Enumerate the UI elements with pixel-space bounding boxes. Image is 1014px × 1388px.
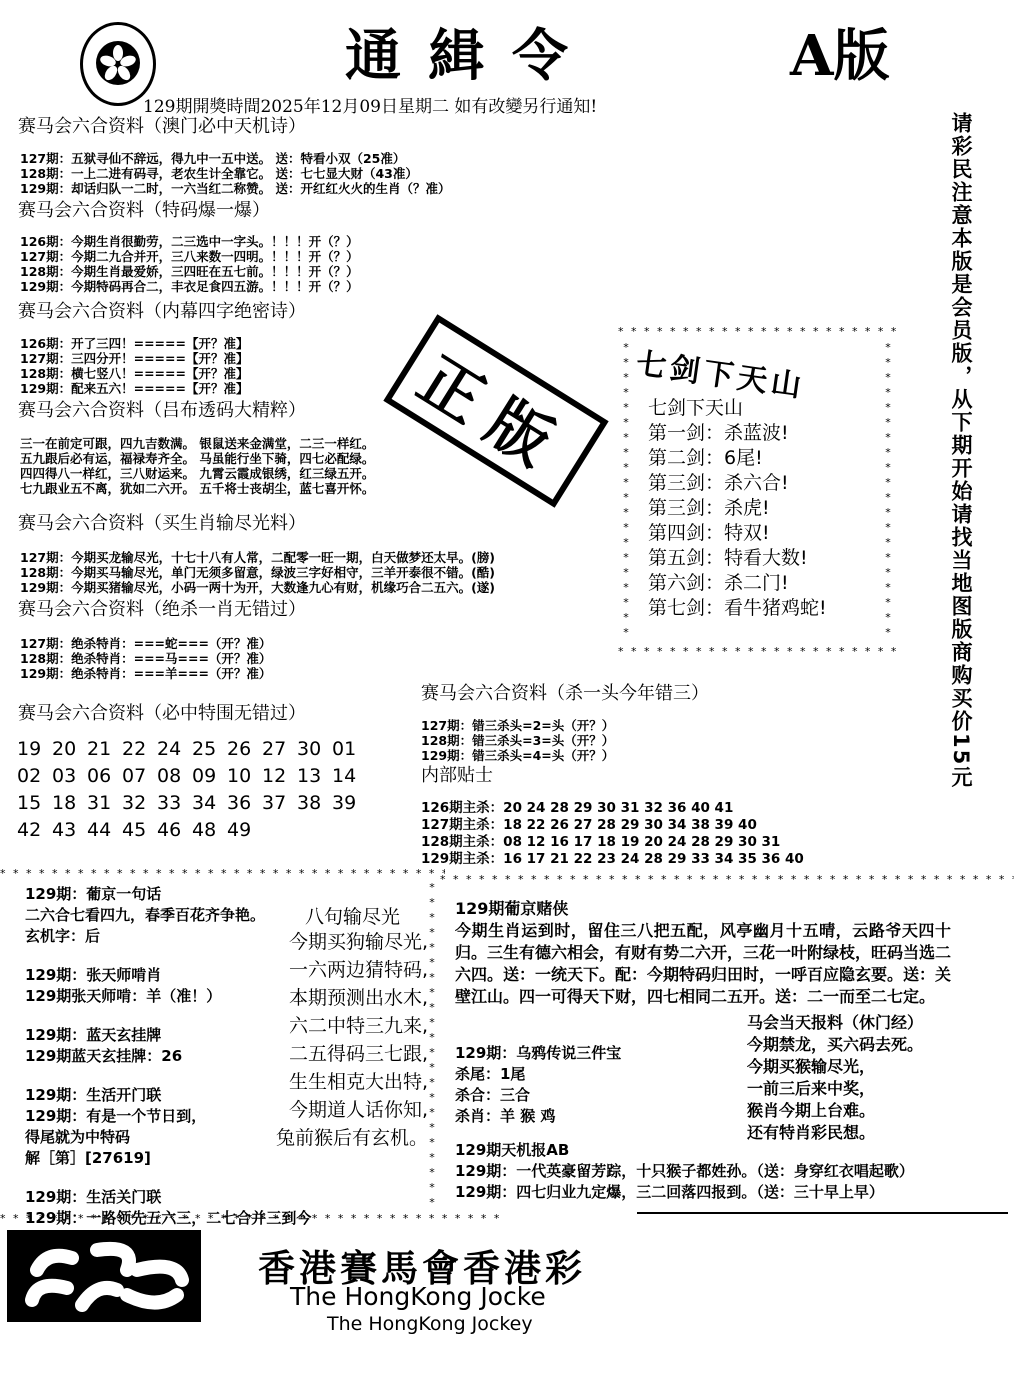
text-line: 128期：横七竖八！=====【开？准】 [20, 366, 248, 381]
block-title: 129期：蓝天玄挂牌 [25, 1025, 311, 1046]
number: 34 [192, 790, 227, 817]
number: 32 [122, 790, 157, 817]
text-line: 126期：今期生肖很勤劳，二三选中一字头。！！！开（？） [20, 234, 359, 249]
number: 18 [52, 790, 87, 817]
text-line: 128期主杀：08 12 16 17 18 19 20 24 28 29 30 … [421, 834, 804, 851]
section-s6-lines: 127期：绝杀特肖：===蛇===（开？准） 128期：绝杀特肖：===马===… [20, 636, 271, 681]
block-text: 今期生肖运到时，留住三八把五配，风亭幽月十五晴，云路爷天四十归。三生有德六相会，… [455, 920, 951, 1008]
text-line: 128期：今期买马输尽光，单门无须多留意，绿波三字好相守，三羊开泰很不错。(酷) [20, 565, 495, 580]
sword-item: 第五剑：特看大数! [648, 546, 827, 571]
number: 24 [157, 736, 192, 763]
text-line: 127期：今期买龙输尽光，十七十八有人常，二配零一旺一期，白天做梦还太早。(膀) [20, 550, 495, 565]
sky-block: 129期天机报AB 129期：一代英豪留芳踪，十只猴子都姓孙。（送：身穿红衣唱起… [455, 1140, 914, 1203]
block-title: 马会当天报料（休门经） [747, 1012, 923, 1034]
text-line: 一前三后来中奖， [747, 1078, 923, 1100]
number: 44 [87, 817, 122, 844]
section-s1-lines: 127期：五狱寻仙不辞远，得九中一五中送。 送：特看小双（25准） 128期：一… [20, 151, 450, 196]
star-divider-bottom: * * * * * * * * * * * * * * * * * * * * … [0, 1213, 500, 1225]
text-line: 129期蓝天玄挂牌：26 [25, 1046, 311, 1067]
text-line: 今期买猴输尽光， [747, 1056, 923, 1078]
section-s4-lines: 三一在前定可跟，四九吉数满。 银鼠送来金满堂，二三一样红。 五九跟后必有运，福禄… [20, 436, 374, 496]
number: 09 [192, 763, 227, 790]
number: 22 [122, 736, 157, 763]
eight-line-poem: 今期买狗输尽光, 一六两边猜特码, 本期预测出水木, 六二中特三九来, 二五得码… [276, 928, 428, 1152]
text-line: 129期：却话归队一二时，一六当红二称赞。 送：开红红火火的生肖（？准） [20, 181, 450, 196]
sword-item: 第三剑：杀六合! [648, 471, 827, 496]
text-line: 127期：错三杀头=2=头（开？） [421, 718, 614, 733]
block-title: 129期：乌鸦传说三件宝 [455, 1043, 621, 1064]
number-row: 15183132333436373839 [17, 790, 367, 817]
star-border-bottom: * * * * * * * * * * * * * * * * * * * * … [618, 646, 898, 658]
text-line: 129期：今期特码再合二，丰衣足食四五游。！！！开（？） [20, 279, 359, 294]
gamble-block: 129期葡京赌侠 今期生肖运到时，留住三八把五配，风亭幽月十五晴，云路爷天四十归… [455, 898, 951, 1008]
number: 46 [157, 817, 192, 844]
text-line: 猴肖今期上台难。 [747, 1100, 923, 1122]
poem-line: 一六两边猜特码, [276, 956, 428, 984]
stamp-text: 正版 [405, 331, 588, 491]
jockey-club-logo-icon [7, 1230, 201, 1322]
text-line: 127期：绝杀特肖：===蛇===（开？准） [20, 636, 271, 651]
section-s3-lines: 126期：开了三四！=====【开？准】 127期：三四分开！=====【开？准… [20, 336, 248, 396]
crow-block: 129期：乌鸦传说三件宝 杀尾：1尾 杀合：三合 杀肖：羊 猴 鸡 [455, 1043, 621, 1127]
number: 07 [122, 763, 157, 790]
text-line: 129期：绝杀特肖：===羊===（开？准） [20, 666, 271, 681]
poem-line: 二五得码三七跟, [276, 1040, 428, 1068]
edition-label: A版 [790, 12, 889, 92]
footer-english-name-1: The HongKong Jocke [290, 1282, 546, 1311]
poem-line: 今期道人话你知, [276, 1096, 428, 1124]
section-s5-lines: 127期：今期买龙输尽光，十七十八有人常，二配零一旺一期，白天做梦还太早。(膀)… [20, 550, 495, 595]
block-title: 129期：生活开门联 [25, 1085, 311, 1106]
text-line: 128期：错三杀头=3=头（开？） [421, 733, 614, 748]
draw-date-subtitle: 129期開獎時間2025年12月09日星期二 如有改變另行通知! [143, 92, 597, 117]
authentic-stamp: 正版 [383, 314, 608, 508]
block-title: 129期天机报AB [455, 1140, 914, 1161]
number: 21 [87, 736, 122, 763]
text-line: 今期禁龙，买六码去死。 [747, 1034, 923, 1056]
number: 36 [227, 790, 262, 817]
seven-swords-box: * * * * * * * * * * * * * * * * * * * * … [618, 326, 898, 660]
text-line: 二六合七看四九，春季百花齐争艳。 [25, 905, 311, 926]
star-divider-top: * * * * * * * * * * * * * * * * * * * * … [0, 868, 445, 880]
rest-door-block: 马会当天报料（休门经） 今期禁龙，买六码去死。 今期买猴输尽光， 一前三后来中奖… [747, 1012, 923, 1144]
section-title-s4: 赛马会六合资料（吕布透码大精粹） [18, 400, 306, 422]
bottom-left-block: 129期：葡京一句话 二六合七看四九，春季百花齐争艳。 玄机字：后 129期：张… [25, 884, 311, 1250]
section-title-s6: 赛马会六合资料（绝杀一肖无错过） [18, 599, 306, 621]
number: 38 [297, 790, 332, 817]
number: 45 [122, 817, 157, 844]
sword-item: 第七剑：看牛猪鸡蛇! [648, 596, 827, 621]
number: 25 [192, 736, 227, 763]
text-line: 126期：开了三四！=====【开？准】 [20, 336, 248, 351]
special-number-grid: 19202122242526273001 0203060708091012131… [17, 736, 367, 844]
text-line: 129期：四七归业九定爆，三二回落四报到。（送：三十早上早） [455, 1182, 914, 1203]
number: 31 [87, 790, 122, 817]
text-line: 129期：今期买猪输尽光，小码一两十为开，大数逢九心有财，机缘巧合二五六。(遂) [20, 580, 495, 595]
number: 01 [332, 736, 367, 763]
text-line: 128期：绝杀特肖：===马===（开？准） [20, 651, 271, 666]
number: 42 [17, 817, 52, 844]
text-line: 126期主杀：20 24 28 29 30 31 32 36 40 41 [421, 800, 804, 817]
number-row: 19202122242526273001 [17, 736, 367, 763]
page-title: 通 緝 令 [345, 12, 572, 92]
star-divider-top-right: * * * * * * * * * * * * * * * * * * * * … [440, 874, 1014, 886]
number: 02 [17, 763, 52, 790]
text-line: 127期：三四分开！=====【开？准】 [20, 351, 248, 366]
block-title: 129期：张天师啃肖 [25, 965, 311, 986]
side-notice: 请彩民注意本版是会员版，从下期开始请找当地图版商购买价15元 [948, 112, 974, 862]
sword-item: 第三剑：杀虎! [648, 496, 827, 521]
poem-line: 六二中特三九来, [276, 1012, 428, 1040]
text-line: 127期：五狱寻仙不辞远，得九中一五中送。 送：特看小双（25准） [20, 151, 450, 166]
text-line: 127期主杀：18 22 26 27 28 29 30 34 38 39 40 [421, 817, 804, 834]
section-title-s7: 赛马会六合资料（必中特围无错过） [18, 703, 306, 725]
number: 08 [157, 763, 192, 790]
text-line: 四四得八一样红，三八财运来。 九霄云霞成银绣，红三绿五开。 [20, 466, 374, 481]
text-line: 128期：一上二进有码寻，老农生计全靠它。 送：七七显大财（43准） [20, 166, 450, 181]
sword-heading: 七剑下天山 [648, 396, 827, 421]
text-line: 杀肖：羊 猴 鸡 [455, 1106, 621, 1127]
insider-tips-title: 内部贴士 [421, 765, 493, 787]
number: 30 [297, 736, 332, 763]
section-title-s1: 赛马会六合资料（澳门必中天机诗） [18, 116, 306, 138]
section-s2-lines: 126期：今期生肖很勤劳，二三选中一字头。！！！开（？） 127期：今期二九合并… [20, 234, 359, 294]
footer-english-name-2: The HongKong Jockey [327, 1313, 533, 1335]
text-line: 三一在前定可跟，四九吉数满。 银鼠送来金满堂，二三一样红。 [20, 436, 374, 451]
block-title: 129期葡京赌侠 [455, 898, 951, 920]
star-border-left: ******************** [620, 340, 632, 644]
sword-item: 第六剑：杀二门! [648, 571, 827, 596]
number: 48 [192, 817, 227, 844]
number: 06 [87, 763, 122, 790]
section-title-s2: 赛马会六合资料（特码爆一爆） [18, 200, 270, 222]
number: 37 [262, 790, 297, 817]
star-border-right: ******************** [882, 340, 894, 644]
number: 03 [52, 763, 87, 790]
number: 33 [157, 790, 192, 817]
block-title: 129期：葡京一句话 [25, 884, 311, 905]
bauhinia-emblem-icon [96, 41, 140, 85]
answer-line: 解［第］[27619] [25, 1148, 311, 1169]
block-title: 129期：生活关门联 [25, 1187, 311, 1208]
text-line: 得尾就为中特码 [25, 1127, 311, 1148]
section-title-s8: 赛马会六合资料（杀一头今年错三） [421, 683, 709, 705]
number: 15 [17, 790, 52, 817]
number: 26 [227, 736, 262, 763]
text-line: 128期：今期生肖最爱娇，三四旺在五七前。！！！开（？） [20, 264, 359, 279]
section-title-s5: 赛马会六合资料（买生肖输尽光料） [18, 513, 306, 535]
number: 49 [227, 817, 262, 844]
poem-line: 兔前猴后有玄机。 [276, 1124, 428, 1152]
text-line: 127期：今期二九合并开，三八来数一四明。！！！开（？） [20, 249, 359, 264]
poem-title: 八句输尽光 [305, 902, 400, 929]
text-line: 129期主杀：16 17 21 22 23 24 28 29 33 34 35 … [421, 851, 804, 868]
text-line: 杀尾：1尾 [455, 1064, 621, 1085]
text-line: 129期张天师啃：羊（准！） [25, 986, 311, 1007]
text-line: 玄机字：后 [25, 926, 311, 947]
text-line: 七九跟业五不离，犹如二六开。 五千将士丧胡尘，蓝七喜开怀。 [20, 481, 374, 496]
poem-line: 今期买狗输尽光, [276, 928, 428, 956]
sword-item: 第四剑：特双! [648, 521, 827, 546]
star-border-top: * * * * * * * * * * * * * * * * * * * * … [618, 326, 898, 338]
number: 19 [17, 736, 52, 763]
main-kill-lines: 126期主杀：20 24 28 29 30 31 32 36 40 41 127… [421, 800, 804, 868]
number: 12 [262, 763, 297, 790]
section-title-s3: 赛马会六合资料（内幕四字绝密诗） [18, 301, 306, 323]
sword-item: 第一剑：杀蓝波! [648, 421, 827, 446]
number: 39 [332, 790, 367, 817]
number-row: 42434445464849 [17, 817, 367, 844]
sword-list: 七剑下天山 第一剑：杀蓝波! 第二剑：6尾! 第三剑：杀六合! 第三剑：杀虎! … [648, 396, 827, 621]
poem-line: 本期预测出水木, [276, 984, 428, 1012]
section-s8-lines: 127期：错三杀头=2=头（开？） 128期：错三杀头=3=头（开？） 129期… [421, 718, 614, 763]
number: 13 [297, 763, 332, 790]
text-line: 129期：错三杀头=4=头（开？） [421, 748, 614, 763]
divider-line [637, 1212, 1008, 1214]
text-line: 129期：一代英豪留芳踪，十只猴子都姓孙。（送：身穿红衣唱起歌） [455, 1161, 914, 1182]
number: 27 [262, 736, 297, 763]
text-line: 五九跟后必有运，福禄寿齐全。 马虽能行坐下骑，四七必配绿。 [20, 451, 374, 466]
number: 43 [52, 817, 87, 844]
text-line: 杀合：三合 [455, 1085, 621, 1106]
text-line: 129期：有是一个节日到， [25, 1106, 311, 1127]
number-row: 02030607080910121314 [17, 763, 367, 790]
number: 20 [52, 736, 87, 763]
poem-line: 生生相克大出特, [276, 1068, 428, 1096]
number: 10 [227, 763, 262, 790]
text-line: 129期：配来五六！=====【开？准】 [20, 381, 248, 396]
sword-item: 第二剑：6尾! [648, 446, 827, 471]
number: 14 [332, 763, 367, 790]
